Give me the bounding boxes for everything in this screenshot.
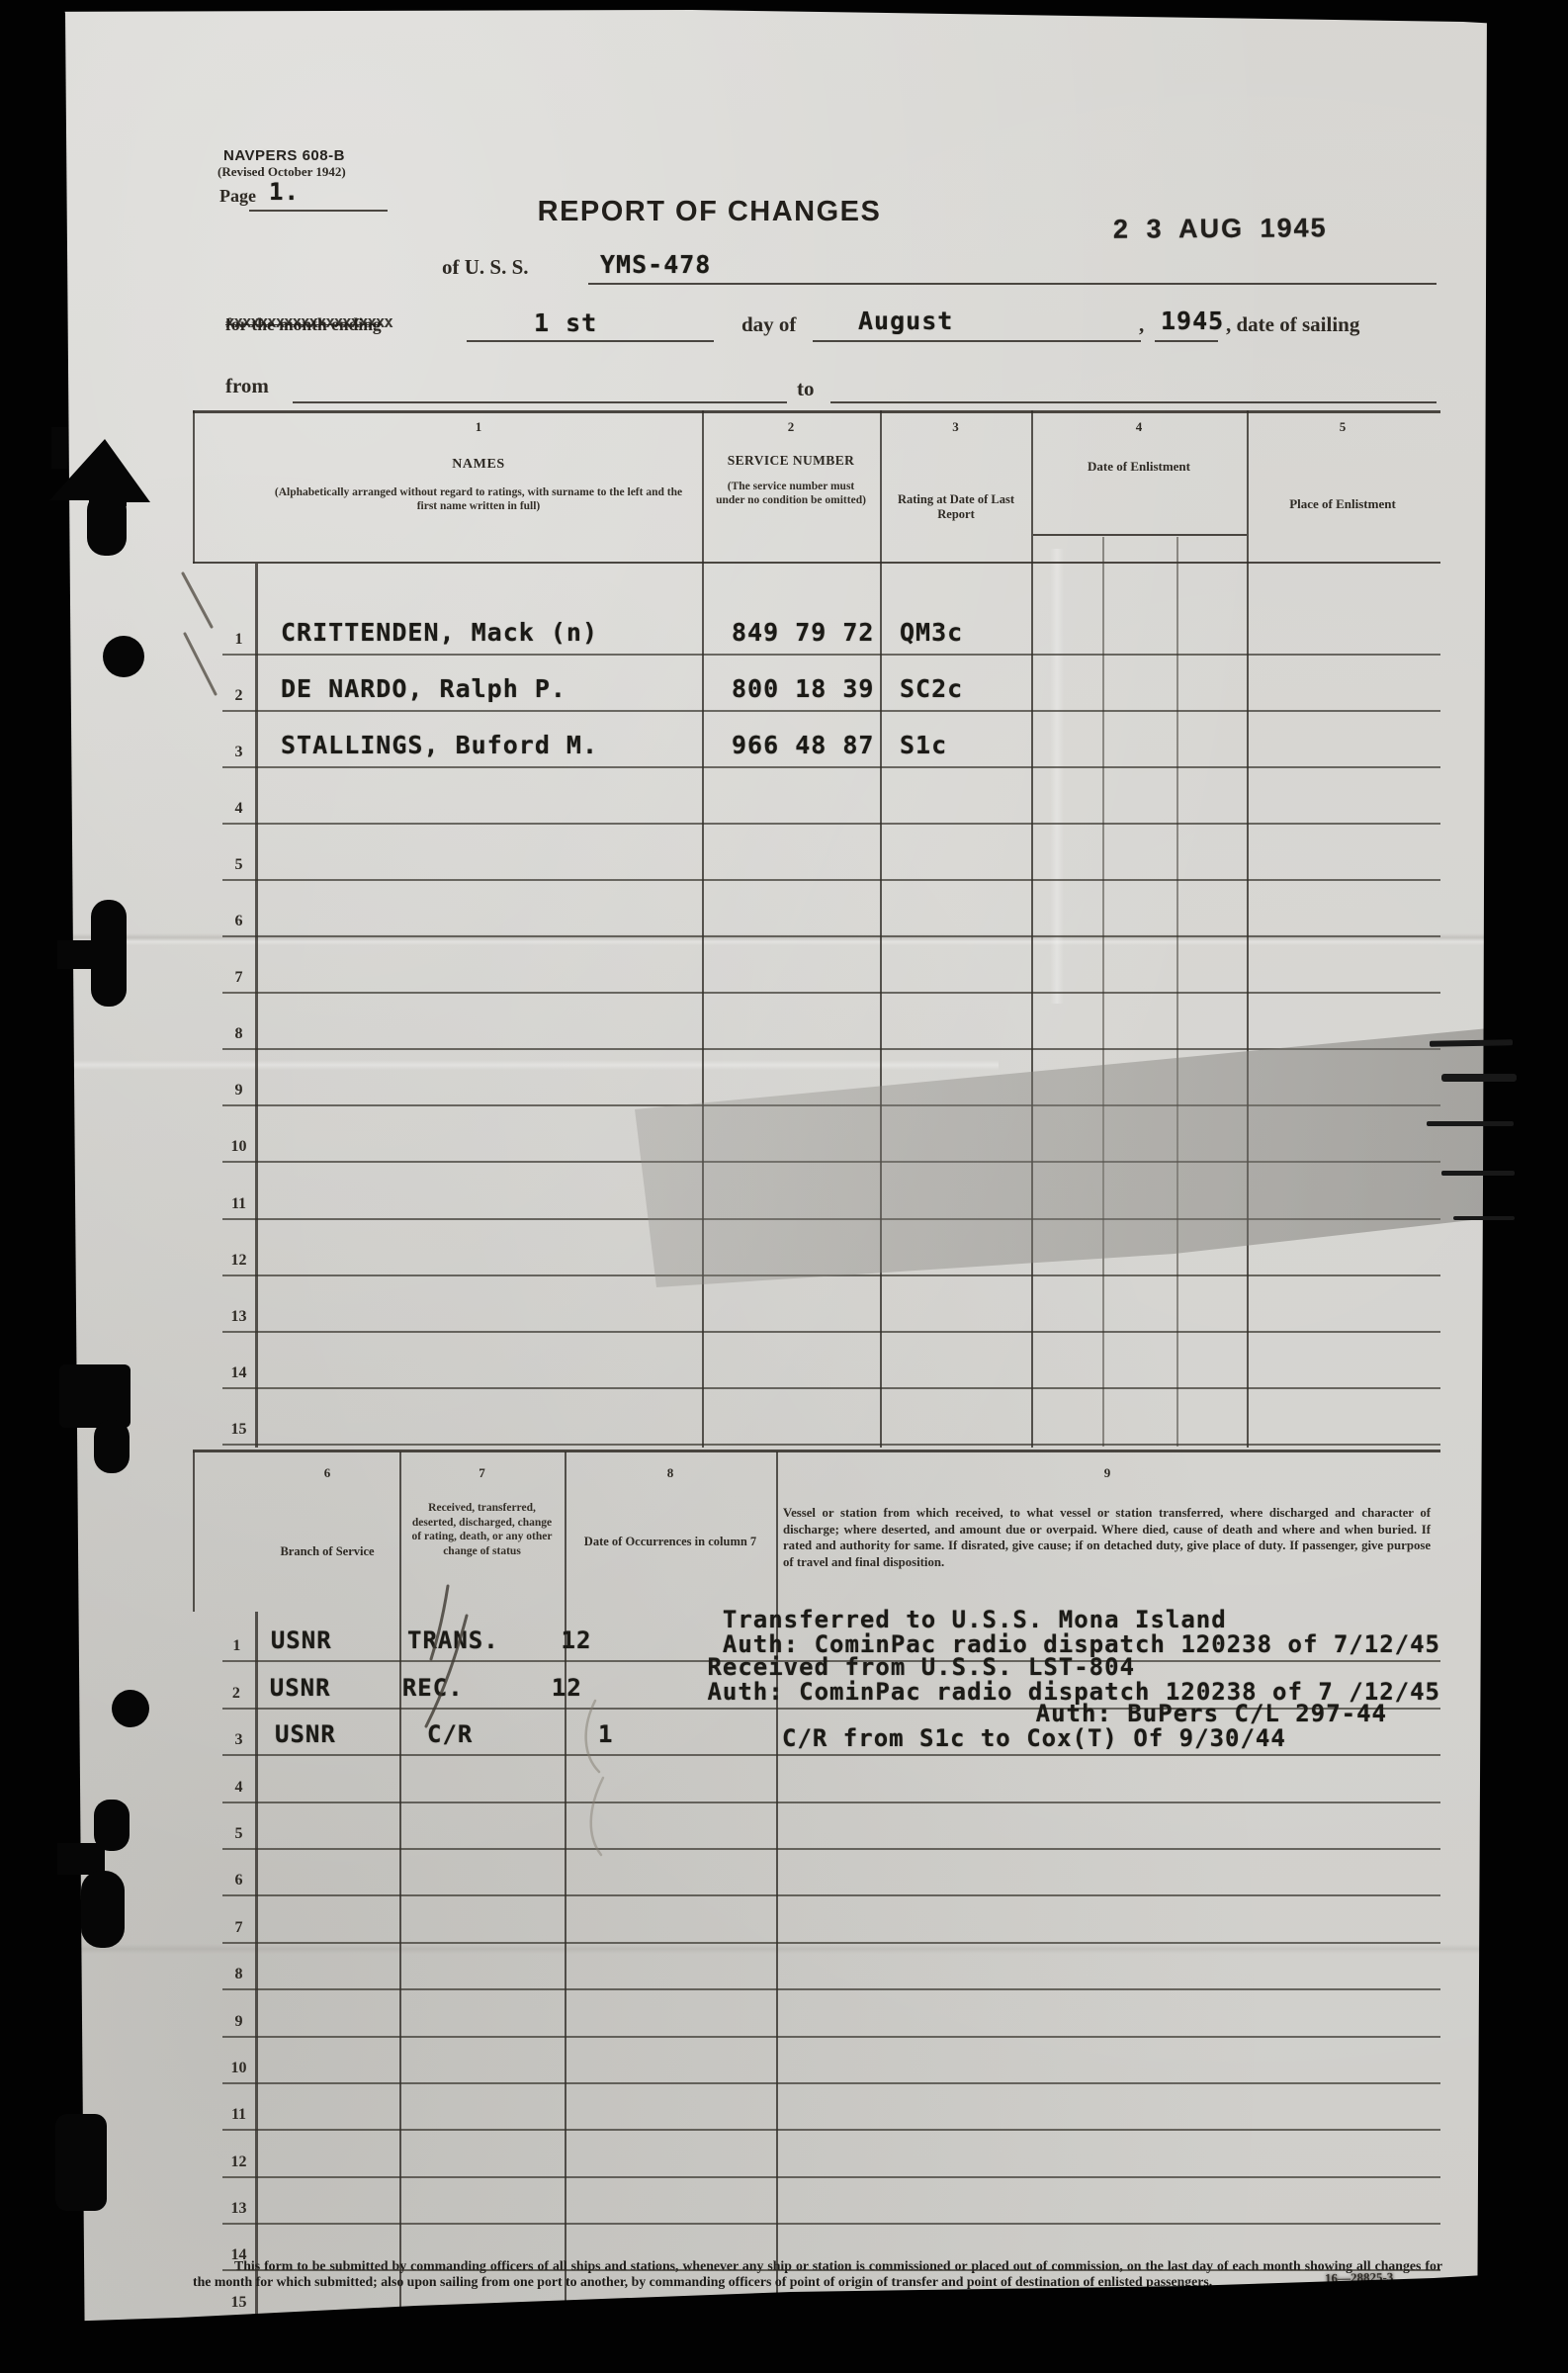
scanned-document: NAVPERS 608-B (Revised October 1942) Pag… (0, 0, 1568, 2373)
scan-border-top (0, 0, 1568, 28)
fastener-mark (51, 427, 67, 469)
scan-border-right (1477, 0, 1568, 2373)
fastener-mark (87, 492, 127, 556)
fastener-mark (81, 1871, 125, 1948)
fastener-mark (94, 1420, 130, 1473)
tape-hatch-mark (1441, 1171, 1515, 1176)
tape-hatch-mark (1453, 1216, 1515, 1220)
scan-border-left (0, 0, 85, 2373)
fastener-mark (57, 1843, 105, 1875)
fastener-mark (55, 2114, 107, 2211)
fastener-mark (57, 940, 101, 969)
tape-hatch-mark (1427, 1121, 1514, 1126)
scan-border-bottom (0, 2270, 1568, 2373)
tape-hatch-mark (1441, 1074, 1517, 1082)
punch-hole (103, 636, 144, 677)
scan-artifacts (0, 0, 1568, 2373)
punch-hole (112, 1690, 149, 1727)
fastener-mark (59, 1364, 131, 1428)
